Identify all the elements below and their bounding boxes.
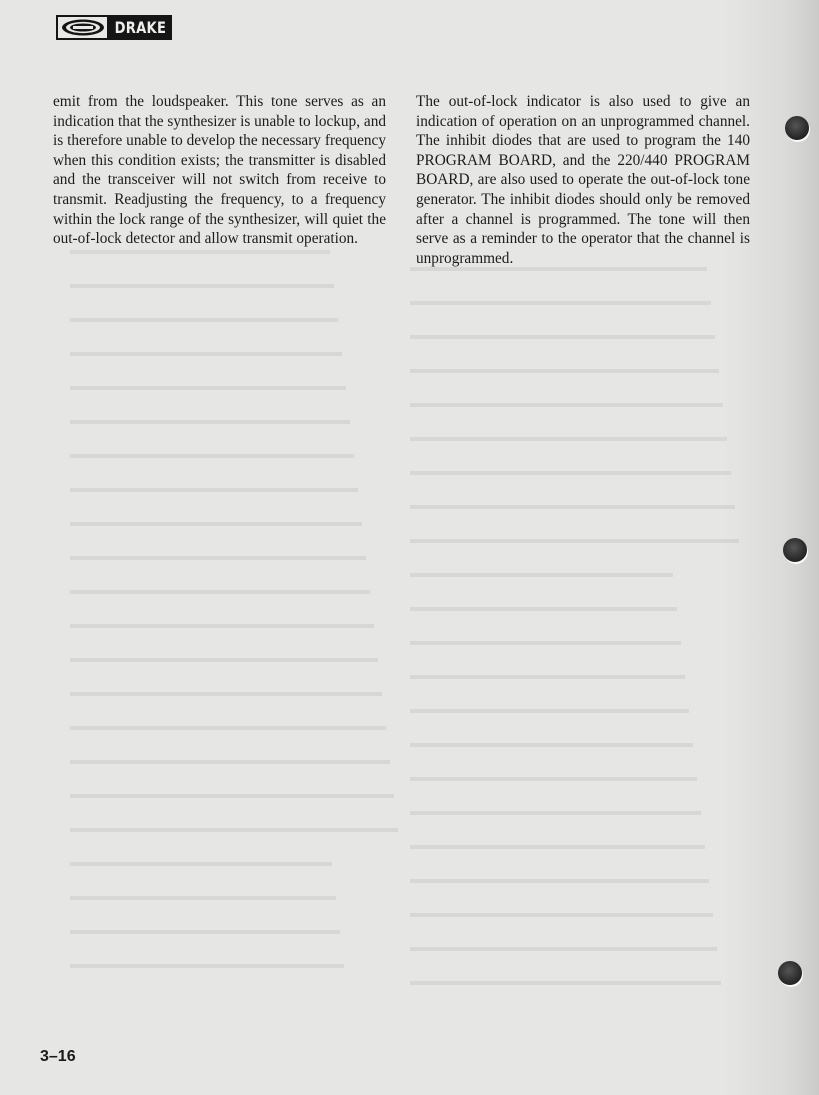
page-number: 3–16	[40, 1048, 76, 1066]
drake-emblem-icon	[58, 17, 107, 38]
binder-hole-middle	[783, 538, 807, 562]
left-paragraph: emit from the loudspeaker. This tone ser…	[53, 92, 386, 249]
left-column: emit from the loudspeaker. This tone ser…	[53, 92, 386, 249]
bleed-through-text	[70, 250, 750, 1010]
right-column: The out-of-lock indicator is also used t…	[416, 92, 750, 268]
binder-hole-bottom	[778, 961, 802, 985]
logo-text: DRAKE	[115, 15, 167, 40]
drake-logo: DRAKE	[56, 15, 172, 40]
right-paragraph: The out-of-lock indicator is also used t…	[416, 92, 750, 268]
binder-hole-top	[785, 116, 809, 140]
